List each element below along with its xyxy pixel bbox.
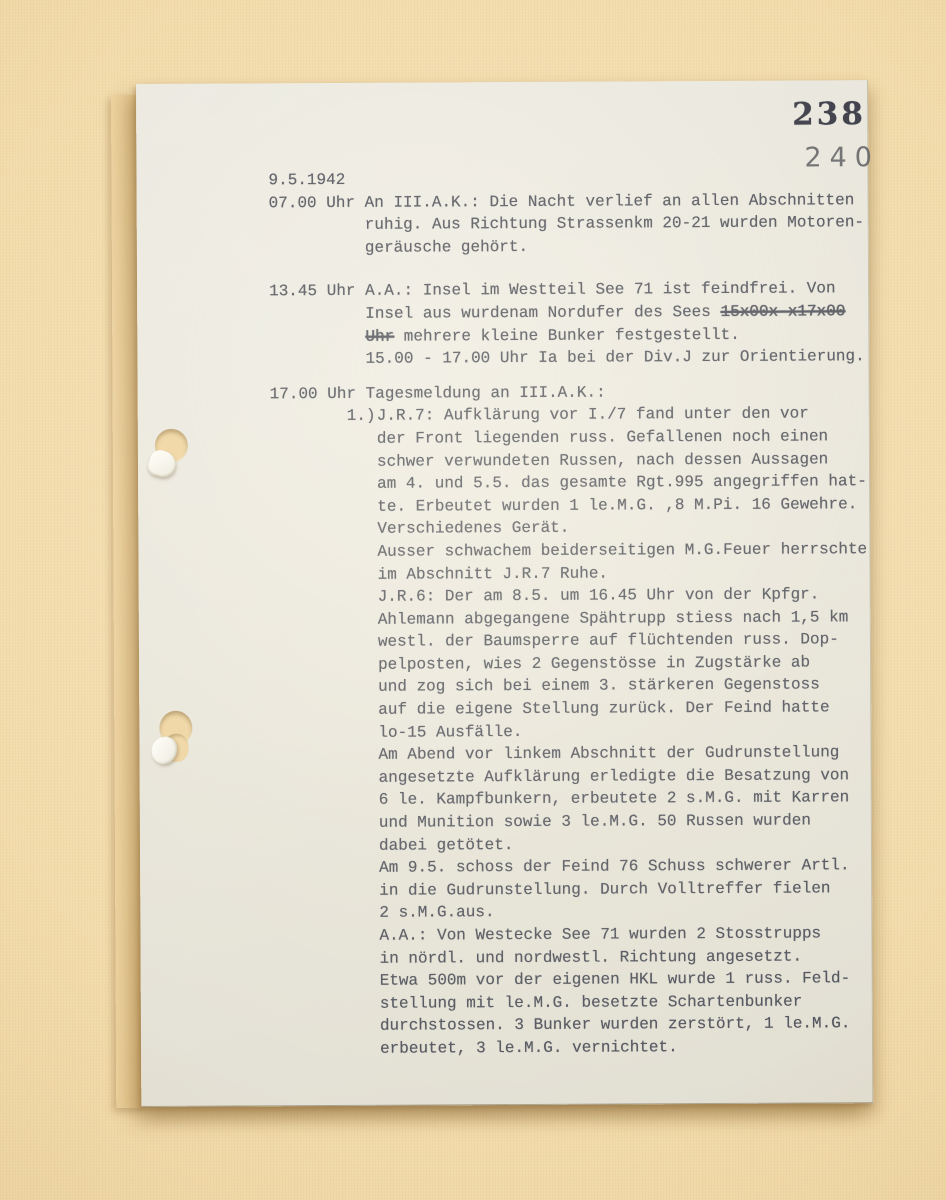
struck-out-text: 15x00x-x17x00 xyxy=(720,302,845,321)
typed-line: dabei getötet. xyxy=(379,832,872,857)
typed-line: und Munition sowie 3 le.M.G. 50 Russen w… xyxy=(379,809,872,834)
entry-row: 13.45 UhrA.A.: Insel im Westteil See 71 … xyxy=(269,278,869,372)
typed-line: Ausser schwachem beiderseitigen M.G.Feue… xyxy=(377,538,870,563)
typed-line: te. Erbeutet wurden 1 le.M.G. ,8 M.Pi. 1… xyxy=(377,493,870,518)
entry-time: 07.00 Uhr xyxy=(269,191,365,259)
typed-line: auf die eigene Stellung zurück. Der Fein… xyxy=(378,696,871,721)
entry-content: A.A.: Insel im Westteil See 71 ist feind… xyxy=(365,278,869,371)
typed-line: ruhig. Aus Richtung Strassenkm 20-21 wur… xyxy=(365,211,869,236)
entry-time: 13.45 Uhr xyxy=(269,280,365,371)
typed-line: angesetzte Aufklärung erledigte die Besa… xyxy=(379,764,872,789)
typed-line: Am Abend vor linkem Abschnitt der Gudrun… xyxy=(378,741,871,766)
typed-line: der Front liegenden russ. Gefallenen noc… xyxy=(377,425,870,450)
typed-line: 6 le. Kampfbunkern, erbeutete 2 s.M.G. m… xyxy=(379,787,872,812)
typed-line: Verschiedenes Gerät. xyxy=(377,515,870,540)
typewritten-text: 9.5.1942 07.00 UhrAn III.A.K.: Die Nacht… xyxy=(268,166,873,1061)
typed-line: stellung mit le.M.G. besetzte Schartenbu… xyxy=(380,990,873,1015)
entry-content: Tagesmeldung an III.A.K.: xyxy=(366,380,870,405)
entry-row: 07.00 UhrAn III.A.K.: Die Nacht verlief … xyxy=(269,189,869,260)
document-page: 238 240 9.5.1942 07.00 UhrAn III.A.K.: D… xyxy=(136,80,873,1107)
typed-line: in die Gudrunstellung. Durch Volltreffer… xyxy=(379,877,872,902)
typed-line: Ahlemann abgegangene Spähtrupp stiess na… xyxy=(378,606,871,631)
log-entries: 07.00 UhrAn III.A.K.: Die Nacht verlief … xyxy=(269,189,874,1061)
typed-line: A.A.: Insel im Westteil See 71 ist feind… xyxy=(365,278,869,303)
typed-line: in nördl. und nordwestl. Richtung angese… xyxy=(380,945,873,970)
typed-line: schwer verwundeten Russen, nach dessen A… xyxy=(377,448,870,473)
date-line: 9.5.1942 xyxy=(268,166,868,192)
log-entry: 17.00 UhrTagesmeldung an III.A.K.:1.)J.R… xyxy=(270,380,874,1061)
typed-line: An III.A.K.: Die Nacht verlief an allen … xyxy=(365,189,869,214)
typed-line: Am 9.5. schoss der Feind 76 Schuss schwe… xyxy=(379,854,872,879)
typed-line: Uhr mehrere kleine Bunker festgestellt. xyxy=(365,323,869,348)
log-entry: 07.00 UhrAn III.A.K.: Die Nacht verlief … xyxy=(269,189,869,260)
typed-line: 2 s.M.G.aus. xyxy=(379,900,872,925)
typed-line: pelposten, wies 2 Gegenstösse in Zugstär… xyxy=(378,651,871,676)
typed-line: A.A.: Von Westecke See 71 wurden 2 Stoss… xyxy=(379,922,872,947)
typed-line: und zog sich bei einem 3. stärkeren Gege… xyxy=(378,674,871,699)
typed-line: im Abschnitt J.R.7 Ruhe. xyxy=(378,561,871,586)
typed-line: J.R.7: Aufklärung vor I./7 fand unter de… xyxy=(377,403,870,428)
page-number-stamp-dark: 238 xyxy=(792,96,866,132)
typed-line: lo-15 Ausfälle. xyxy=(378,719,871,744)
scanned-document-scene: 238 240 9.5.1942 07.00 UhrAn III.A.K.: D… xyxy=(0,0,946,1200)
typed-line: erbeutet, 3 le.M.G. vernichtet. xyxy=(380,1035,873,1060)
struck-out-text: Uhr xyxy=(365,327,394,345)
typed-line: J.R.6: Der am 8.5. um 16.45 Uhr von der … xyxy=(378,583,871,608)
typed-line: geräusche gehört. xyxy=(365,234,869,259)
item-content: J.R.7: Aufklärung vor I./7 fand unter de… xyxy=(377,403,873,1061)
numbered-item: 1.)J.R.7: Aufklärung vor I./7 fand unter… xyxy=(347,403,873,1061)
typed-line: Insel aus wurdenam Nordufer des Sees 15x… xyxy=(365,300,869,325)
typed-line: westl. der Baumsperre auf flüchtenden ru… xyxy=(378,628,871,653)
typed-line: 15.00 - 17.00 Uhr Ia bei der Div.J zur O… xyxy=(365,345,869,370)
typed-line: Etwa 500m vor der eigenen HKL wurde 1 ru… xyxy=(380,967,873,992)
item-marker: 1.) xyxy=(347,405,380,1060)
entry-content: An III.A.K.: Die Nacht verlief an allen … xyxy=(365,189,869,259)
typed-line: Tagesmeldung an III.A.K.: xyxy=(366,380,870,405)
entry-row: 17.00 UhrTagesmeldung an III.A.K.: xyxy=(270,380,870,406)
entry-time: 17.00 Uhr xyxy=(270,383,366,406)
typed-line: am 4. und 5.5. das gesamte Rgt.995 angeg… xyxy=(377,470,870,495)
log-entry: 13.45 UhrA.A.: Insel im Westteil See 71 … xyxy=(269,278,869,372)
typed-line: durchstossen. 3 Bunker wurden zerstört, … xyxy=(380,1013,873,1038)
